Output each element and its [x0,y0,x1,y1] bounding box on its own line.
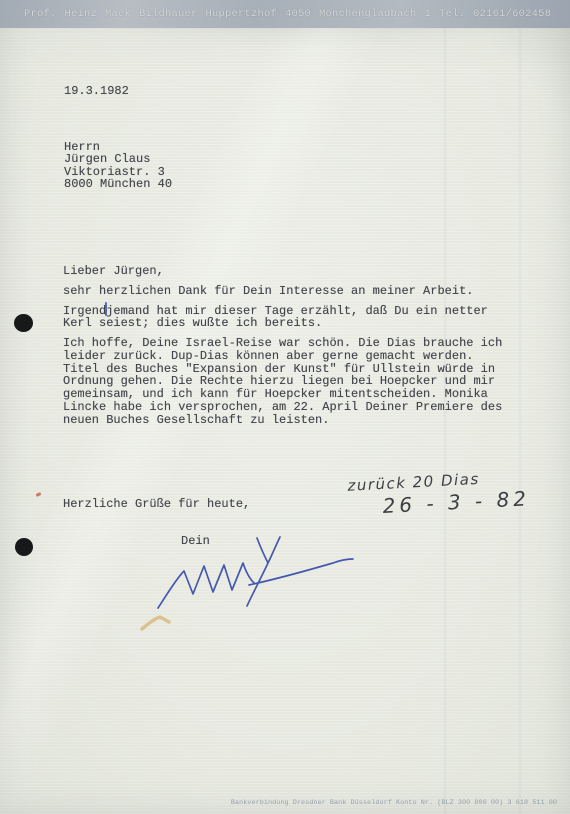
blue-insertion-mark [105,302,107,316]
closing-line: Herzliche Grüße für heute, [63,497,250,511]
body-paragraph: Irgendjemand hat mir dieser Tage erzählt… [63,305,518,331]
signature-zigzag-stroke [158,563,254,608]
body-line: Lincke habe ich versprochen, am 22. Apri… [63,401,518,414]
body-paragraph: sehr herzlichen Dank für Dein Interesse … [63,285,518,298]
date-line: 19.3.1982 [64,84,129,98]
handwritten-note: zurück 20 Dias 26 - 3 - 82 [347,467,531,519]
body-paragraph: Lieber Jürgen, [63,265,518,278]
body-line: sehr herzlichen Dank für Dein Interesse … [63,285,518,298]
letterhead-text: Prof. Heinz Mack Bildhauer Huppertzhof 4… [0,8,551,20]
footer-bank-line: Bankverbindung Dresdner Bank Düsseldorf … [231,799,557,807]
signature-k-stroke [247,537,280,606]
punch-hole-top [14,314,33,332]
body-line: Kerl seiest; dies wußte ich bereits. [63,317,518,330]
body-line: leider zurück. Dup-Dias können aber gern… [63,350,518,363]
recipient-block: HerrnJürgen ClausViktoriastr. 38000 Münc… [64,141,172,190]
body-block: Lieber Jürgen,sehr herzlichen Dank für D… [63,265,518,433]
body-paragraph: Ich hoffe, Deine Israel-Reise war schön.… [63,337,518,426]
letterhead-band: Prof. Heinz Mack Bildhauer Huppertzhof 4… [0,0,570,28]
body-line: neuen Buches Gesellschaft zu leisten. [63,414,518,427]
punch-hole-bottom [15,538,33,556]
red-speck [36,492,42,497]
recipient-line: 8000 München 40 [64,178,172,190]
recipient-line: Jürgen Claus [64,153,172,165]
signature-ink [140,515,370,635]
letter-page: Prof. Heinz Mack Bildhauer Huppertzhof 4… [0,0,570,814]
body-line: gemeinsam, und ich kann für Hoepcker mit… [63,388,518,401]
body-line: Ich hoffe, Deine Israel-Reise war schön.… [63,337,518,350]
body-line: Lieber Jürgen, [63,265,518,278]
tan-smudge [142,617,169,629]
